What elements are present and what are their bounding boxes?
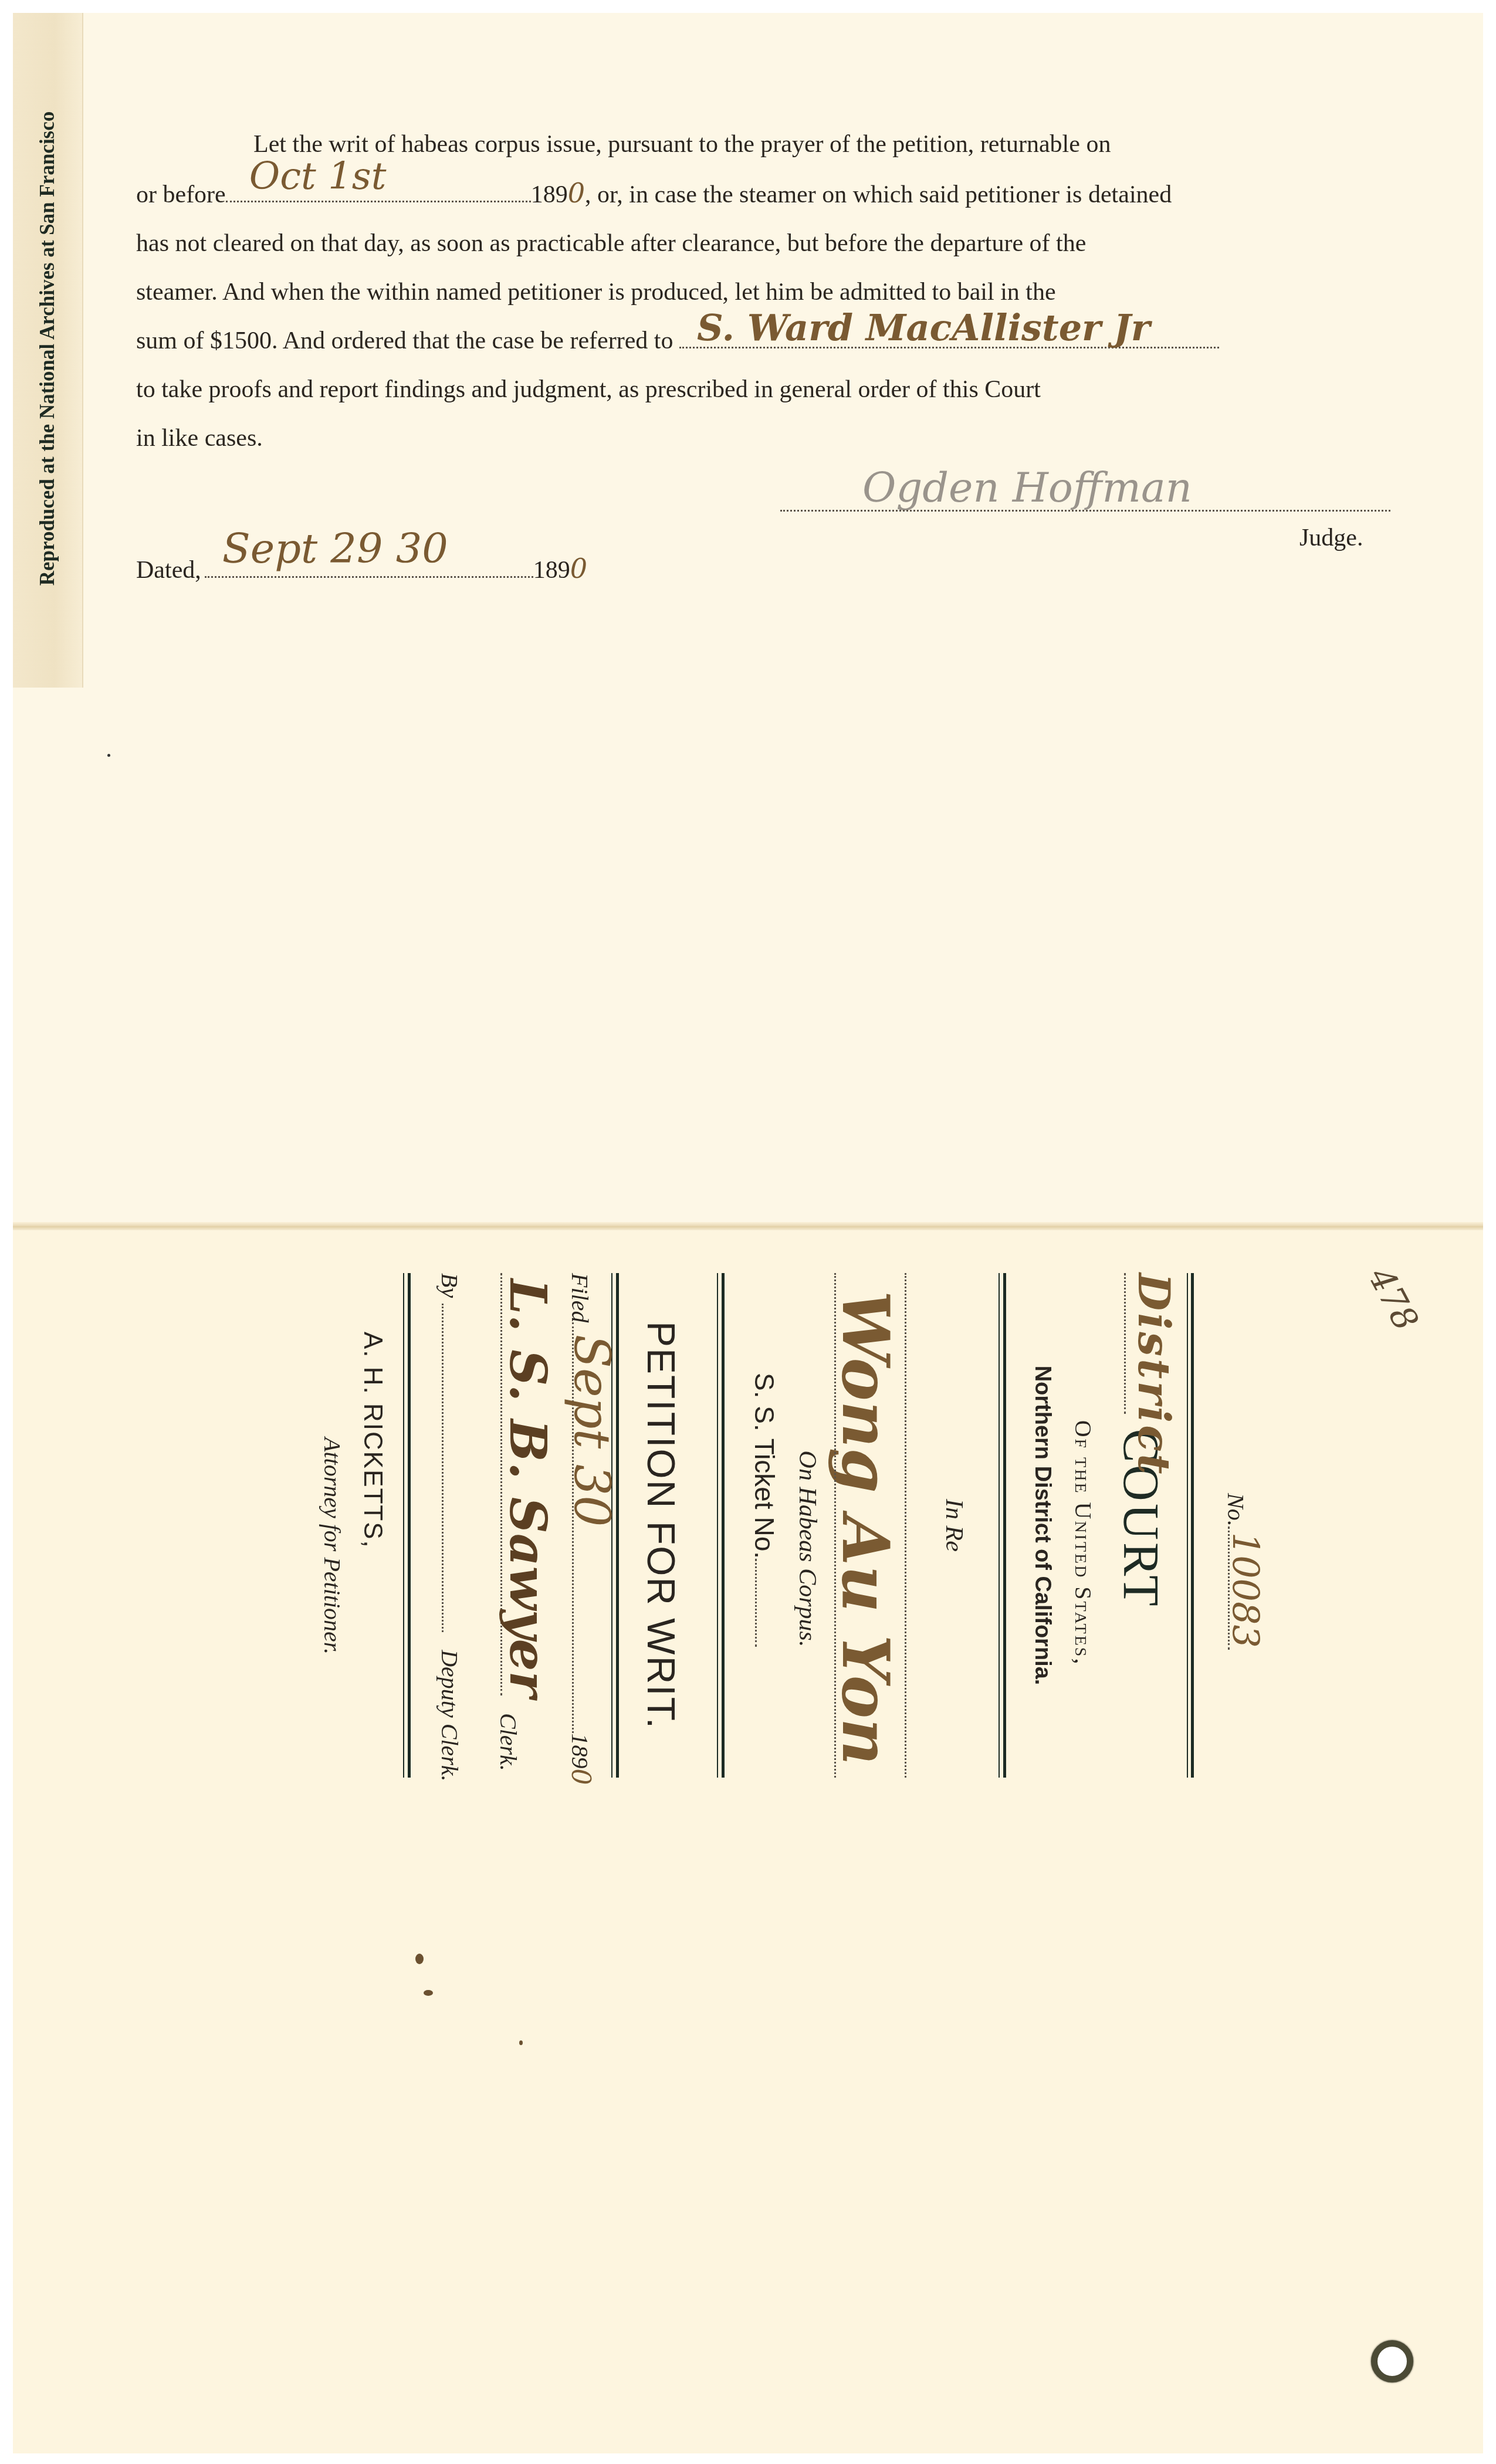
court-type-handwritten: District [1128,1273,1179,1476]
ss-ticket-label: S. S. Ticket No. [749,1373,780,1559]
filed-year-handwritten: 0 [566,1768,595,1785]
fold-crease [13,1222,1483,1230]
ink-speck [107,754,110,757]
deputy-clerk-field [442,1304,458,1632]
docket-number-label: No. [1223,1493,1249,1527]
or-before-label: or before [136,181,226,208]
docket-rule-5 [408,1273,411,1778]
filed-row: FiledSept 301890 [566,1267,595,1789]
attorney-role: Attorney for Petitioner. [319,1267,346,1954]
archive-label: Reproduced at the National Archives at S… [36,11,59,686]
petition-title: PETITION FOR WRIT. [639,1267,683,1783]
return-year-handwritten: 0 [568,177,585,209]
in-re-label: In Re [940,1267,968,1783]
dated-row: Dated,Sept 29 301890 [136,553,587,584]
clerk-signature-field: L. S. B. Sawyer [500,1273,516,1695]
dated-label: Dated, [136,557,201,584]
judge-signature: Ogden Hoffman [862,463,1192,512]
judge-label: Judge. [1299,524,1363,552]
judge-signature-line [780,510,1390,512]
court-row: District COURT [1112,1267,1170,1789]
by-row: By Deputy Clerk. [436,1267,463,1789]
referee-handwritten: S. Ward MacAllister Jr [697,303,1150,352]
on-habeas-corpus: On Habeas Corpus. [793,1267,821,1807]
clerk-label: Clerk. [495,1701,522,1771]
docket-rule-2 [1003,1273,1006,1778]
writ-line-2-suffix: , or, in case the steamer on which said … [585,181,1172,208]
docket-number-row: No.10083 [1222,1267,1250,2009]
attorney-name: A. H. RICKETTS, [358,1267,387,1848]
ss-ticket-row: S. S. Ticket No. [749,1267,780,1889]
petitioner-line-top [905,1273,906,1778]
clerk-signature-handwritten: L. S. B. Sawyer [498,1279,557,1698]
referee-field: S. Ward MacAllister Jr [679,329,1219,348]
docket-rule-1b [1187,1273,1188,1778]
ink-speck [424,1990,433,1996]
ss-ticket-field [755,1559,769,1647]
writ-line-3: has not cleared on that day, as soon as … [136,219,1389,268]
district-label: Northern District of California. [1030,1267,1055,1783]
filed-label: Filed [567,1273,593,1322]
filed-year-printed: 189 [567,1733,593,1768]
writ-line-6: to take proofs and report findings and j… [136,365,1389,414]
petitioner-name-handwritten: Wong Au Yon [828,1291,903,1765]
writ-line-5: sum of $1500. And ordered that the case … [136,317,1389,365]
docket-rule-3 [722,1273,725,1778]
writ-line-7: in like cases. [136,414,1389,463]
by-label: By [436,1273,463,1298]
docket-number-field: 10083 [1228,1527,1244,1650]
docket-number-handwritten: 10083 [1224,1532,1267,1648]
filed-date-field: Sept 30 [572,1322,588,1733]
return-date-handwritten: Oct 1st [249,153,387,201]
docket-rule-5b [403,1273,404,1778]
metal-grommet-icon [1371,2340,1413,2382]
deputy-clerk-label: Deputy Clerk. [436,1638,463,1781]
return-year-printed: 189 [531,181,568,208]
return-date-field: Oct 1st [226,183,531,202]
docket-endorsement: No.10083 District COURT Of the United St… [276,1267,1273,1783]
writ-line-2: or beforeOct 1st1890, or, in case the st… [136,169,1389,219]
docket-rule-3b [717,1273,718,1778]
ink-speck [519,2040,523,2045]
dated-field: Sept 29 30 [205,559,533,578]
ink-speck [415,1954,424,1964]
writ-order: Let the writ of habeas corpus issue, pur… [136,120,1389,463]
writ-line-5-prefix: sum of $1500. And ordered that the case … [136,327,673,354]
clerk-row: L. S. B. Sawyer Clerk. [495,1267,522,1789]
docket-rule-2b [999,1273,1000,1778]
dated-year-handwritten: 0 [570,553,587,584]
court-type-field: District [1124,1273,1161,1414]
docket-rule-1 [1191,1273,1194,1778]
filed-date-handwritten: Sept 30 [563,1334,621,1527]
dated-handwritten: Sept 29 30 [222,524,448,573]
dated-year-printed: 189 [533,557,570,584]
petitioner-line-bottom [834,1273,836,1778]
of-united-states: Of the United States, [1069,1267,1097,1801]
